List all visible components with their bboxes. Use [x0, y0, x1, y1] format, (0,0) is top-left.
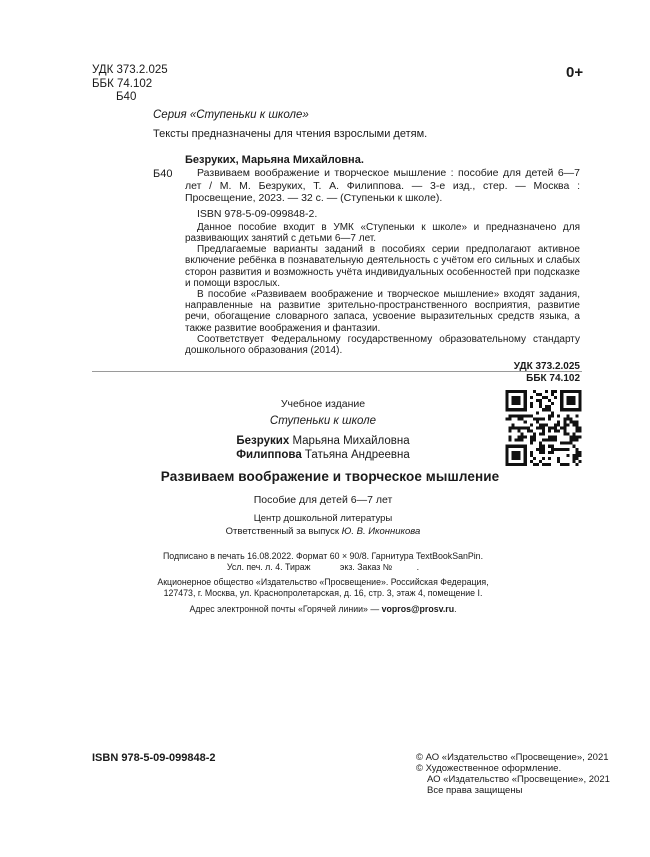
department: Центр дошкольной литературы [153, 513, 493, 524]
book-subtitle: Пособие для детей 6—7 лет [153, 494, 493, 506]
bib-paragraph: Предлагаемые варианты заданий в пособиях… [185, 244, 580, 289]
imprint-author: Безруких Марьяна Михайловна [153, 434, 493, 448]
audience-note: Тексты предназначены для чтения взрослым… [153, 128, 427, 140]
age-rating: 0+ [566, 64, 583, 81]
book-title: Развиваем воображение и творческое мышле… [150, 469, 510, 484]
udk-code: УДК 373.2.025 [92, 64, 168, 78]
hotline-email: Адрес электронной почты «Горячей линии» … [153, 604, 493, 614]
bib-classification-codes: УДК 373.2.025 ББК 74.102 [185, 361, 580, 385]
print-details: Подписано в печать 16.08.2022. Формат 60… [153, 551, 493, 573]
bib-author-mark: Б40 [153, 168, 172, 180]
qr-code-icon [505, 390, 582, 466]
bibliographic-record: Безруких, Марьяна Михайловна. Развиваем … [185, 154, 580, 385]
series-label: Серия «Ступеньки к школе» [153, 109, 309, 121]
bib-title-statement: Развиваем воображение и творческое мышле… [185, 167, 580, 205]
classification-codes-top: УДК 373.2.025 ББК 74.102 Б40 [92, 64, 168, 105]
bib-bbk: ББК 74.102 [185, 373, 580, 385]
bib-isbn: ISBN 978-5-09-099848-2. [185, 208, 580, 221]
publisher-address: Акционерное общество «Издательство «Прос… [153, 577, 493, 599]
email-link[interactable]: vopros@prosv.ru [382, 604, 454, 614]
imprint-author: Филиппова Татьяна Андреевна [153, 448, 493, 462]
responsible-editor: Ответственный за выпуск Ю. В. Иконникова [153, 526, 493, 537]
bib-paragraph: Соответствует Федеральному государственн… [185, 334, 580, 356]
footer-isbn: ISBN 978-5-09-099848-2 [92, 752, 216, 764]
section-divider [92, 371, 582, 372]
bib-paragraph: Данное пособие входит в УМК «Ступеньки к… [185, 222, 580, 244]
author-mark: Б40 [92, 91, 168, 105]
bib-author-heading: Безруких, Марьяна Михайловна. [185, 154, 580, 167]
imprint-series: Ступеньки к школе [153, 415, 493, 427]
bbk-code: ББК 74.102 [92, 78, 168, 92]
edition-type: Учебное издание [153, 398, 493, 410]
bib-paragraph: В пособие «Развиваем воображение и творч… [185, 289, 580, 334]
copyright-block: © АО «Издательство «Просвещение», 2021 ©… [416, 752, 610, 796]
imprint-authors: Безруких Марьяна Михайловна Филиппова Та… [153, 434, 493, 462]
